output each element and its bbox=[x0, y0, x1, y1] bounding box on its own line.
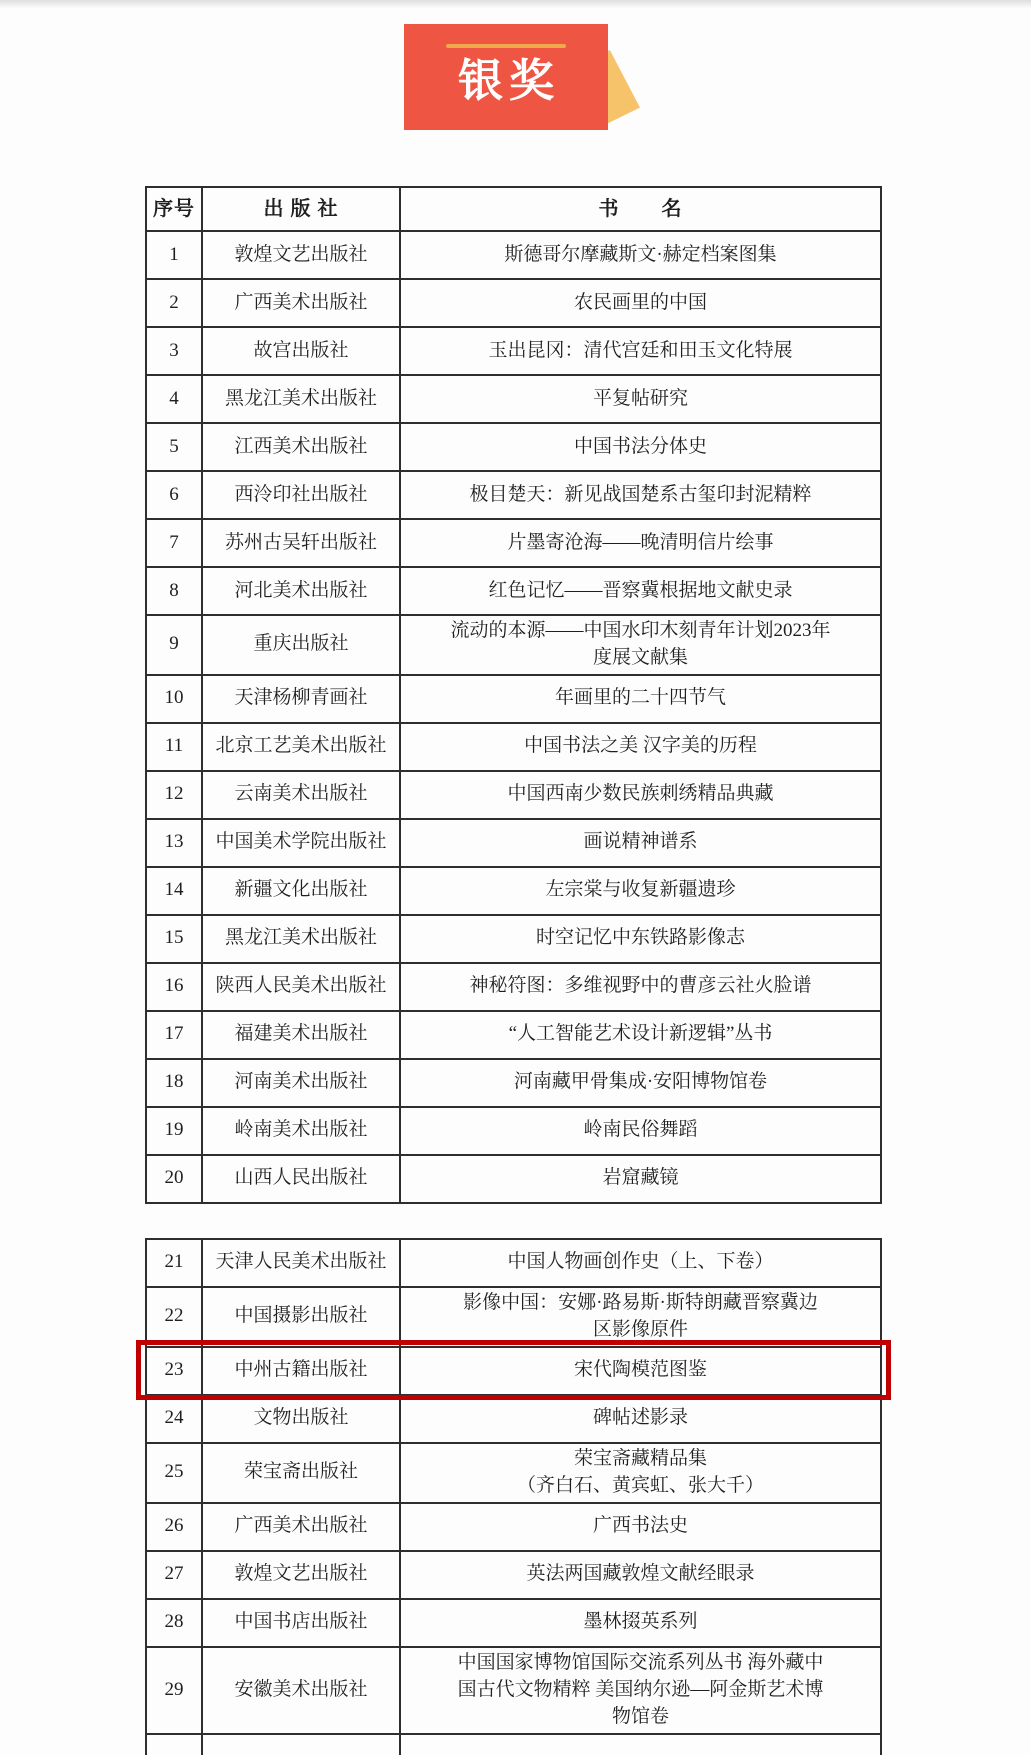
cell-publisher: 天津人民美术出版社 bbox=[202, 1239, 400, 1287]
table-row: 20 山西人民出版社 岩窟藏镜 bbox=[146, 1155, 881, 1203]
table-row bbox=[146, 1734, 881, 1755]
table-gap bbox=[145, 1204, 882, 1238]
table-row: 9 重庆出版社 流动的本源——中国水印木刻青年计划2023年 度展文献集 bbox=[146, 615, 881, 675]
cell-index: 11 bbox=[146, 723, 202, 771]
cell-book-title: 广西书法史 bbox=[400, 1503, 881, 1551]
table-row: 24 文物出版社 碑帖述影录 bbox=[146, 1395, 881, 1443]
table-row: 6 西泠印社出版社 极目楚天：新见战国楚系古玺印封泥精粹 bbox=[146, 471, 881, 519]
table-row: 7 苏州古吴轩出版社 片墨寄沧海——晚清明信片绘事 bbox=[146, 519, 881, 567]
badge-underline bbox=[446, 44, 566, 48]
cell-index: 16 bbox=[146, 963, 202, 1011]
table-row: 12 云南美术出版社 中国西南少数民族刺绣精品典藏 bbox=[146, 771, 881, 819]
page-top-edge bbox=[0, 0, 1031, 8]
table-row: 29 安徽美术出版社 中国国家博物馆国际交流系列丛书 海外藏中 国古代文物精粹 … bbox=[146, 1647, 881, 1734]
table-row: 10 天津杨柳青画社 年画里的二十四节气 bbox=[146, 675, 881, 723]
cell-index: 23 bbox=[146, 1347, 202, 1395]
header-publisher: 出 版 社 bbox=[202, 187, 400, 231]
cell-publisher: 山西人民出版社 bbox=[202, 1155, 400, 1203]
cell-publisher: 中州古籍出版社 bbox=[202, 1347, 400, 1395]
cell-index: 9 bbox=[146, 615, 202, 675]
cell-book-title bbox=[400, 1734, 881, 1755]
cell-index: 13 bbox=[146, 819, 202, 867]
cell-publisher: 陕西人民美术出版社 bbox=[202, 963, 400, 1011]
cell-publisher: 敦煌文艺出版社 bbox=[202, 1551, 400, 1599]
cell-book-title: 流动的本源——中国水印木刻青年计划2023年 度展文献集 bbox=[400, 615, 881, 675]
cell-book-title: 英法两国藏敦煌文献经眼录 bbox=[400, 1551, 881, 1599]
cell-book-title: 农民画里的中国 bbox=[400, 279, 881, 327]
table-row: 2 广西美术出版社 农民画里的中国 bbox=[146, 279, 881, 327]
award-list: 序号 出 版 社 书 名 1 敦煌文艺出版社 斯德哥尔摩藏斯文·赫定档案图集 2… bbox=[145, 186, 882, 1755]
cell-index: 24 bbox=[146, 1395, 202, 1443]
cell-book-title: 宋代陶模范图鉴 bbox=[400, 1347, 881, 1395]
cell-index: 12 bbox=[146, 771, 202, 819]
table-row: 1 敦煌文艺出版社 斯德哥尔摩藏斯文·赫定档案图集 bbox=[146, 231, 881, 279]
cell-publisher: 新疆文化出版社 bbox=[202, 867, 400, 915]
cell-index: 29 bbox=[146, 1647, 202, 1734]
cell-book-title: 中国西南少数民族刺绣精品典藏 bbox=[400, 771, 881, 819]
cell-index bbox=[146, 1734, 202, 1755]
cell-book-title: “人工智能艺术设计新逻辑”丛书 bbox=[400, 1011, 881, 1059]
cell-index: 20 bbox=[146, 1155, 202, 1203]
table-row: 16 陕西人民美术出版社 神秘符图：多维视野中的曹彦云社火脸谱 bbox=[146, 963, 881, 1011]
cell-index: 14 bbox=[146, 867, 202, 915]
table-row: 23 中州古籍出版社 宋代陶模范图鉴 bbox=[146, 1347, 881, 1395]
cell-book-title: 岭南民俗舞蹈 bbox=[400, 1107, 881, 1155]
table-header-row: 序号 出 版 社 书 名 bbox=[146, 187, 881, 231]
cell-publisher: 中国摄影出版社 bbox=[202, 1287, 400, 1347]
cell-index: 3 bbox=[146, 327, 202, 375]
cell-book-title: 红色记忆——晋察冀根据地文献史录 bbox=[400, 567, 881, 615]
table-row: 15 黑龙江美术出版社 时空记忆中东铁路影像志 bbox=[146, 915, 881, 963]
cell-publisher: 敦煌文艺出版社 bbox=[202, 231, 400, 279]
cell-publisher: 黑龙江美术出版社 bbox=[202, 915, 400, 963]
cell-index: 7 bbox=[146, 519, 202, 567]
silver-award-table-2: 21 天津人民美术出版社 中国人物画创作史（上、下卷） 22 中国摄影出版社 影… bbox=[145, 1238, 882, 1755]
table-row: 5 江西美术出版社 中国书法分体史 bbox=[146, 423, 881, 471]
table-row: 28 中国书店出版社 墨林掇英系列 bbox=[146, 1599, 881, 1647]
cell-index: 25 bbox=[146, 1443, 202, 1503]
table-row: 26 广西美术出版社 广西书法史 bbox=[146, 1503, 881, 1551]
cell-publisher: 中国美术学院出版社 bbox=[202, 819, 400, 867]
cell-book-title: 河南藏甲骨集成·安阳博物馆卷 bbox=[400, 1059, 881, 1107]
cell-publisher: 广西美术出版社 bbox=[202, 1503, 400, 1551]
cell-book-title: 年画里的二十四节气 bbox=[400, 675, 881, 723]
cell-publisher: 中国书店出版社 bbox=[202, 1599, 400, 1647]
cell-book-title: 平复帖研究 bbox=[400, 375, 881, 423]
table-row: 19 岭南美术出版社 岭南民俗舞蹈 bbox=[146, 1107, 881, 1155]
cell-book-title: 左宗棠与收复新疆遗珍 bbox=[400, 867, 881, 915]
cell-index: 28 bbox=[146, 1599, 202, 1647]
cell-publisher: 江西美术出版社 bbox=[202, 423, 400, 471]
cell-publisher: 重庆出版社 bbox=[202, 615, 400, 675]
cell-book-title: 画说精神谱系 bbox=[400, 819, 881, 867]
table-row: 25 荣宝斋出版社 荣宝斋藏精品集 （齐白石、黄宾虹、张大千） bbox=[146, 1443, 881, 1503]
table-row: 14 新疆文化出版社 左宗棠与收复新疆遗珍 bbox=[146, 867, 881, 915]
badge-label: 银奖 bbox=[452, 56, 560, 106]
cell-publisher: 文物出版社 bbox=[202, 1395, 400, 1443]
cell-index: 5 bbox=[146, 423, 202, 471]
cell-publisher: 岭南美术出版社 bbox=[202, 1107, 400, 1155]
cell-book-title: 中国书法之美 汉字美的历程 bbox=[400, 723, 881, 771]
table-row: 3 故宫出版社 玉出昆冈：清代宫廷和田玉文化特展 bbox=[146, 327, 881, 375]
table-row: 17 福建美术出版社 “人工智能艺术设计新逻辑”丛书 bbox=[146, 1011, 881, 1059]
cell-index: 18 bbox=[146, 1059, 202, 1107]
silver-award-table-1: 序号 出 版 社 书 名 1 敦煌文艺出版社 斯德哥尔摩藏斯文·赫定档案图集 2… bbox=[145, 186, 882, 1204]
cell-book-title: 荣宝斋藏精品集 （齐白石、黄宾虹、张大千） bbox=[400, 1443, 881, 1503]
award-badge: 银奖 bbox=[404, 24, 608, 130]
cell-index: 1 bbox=[146, 231, 202, 279]
cell-book-title: 岩窟藏镜 bbox=[400, 1155, 881, 1203]
cell-index: 15 bbox=[146, 915, 202, 963]
badge-card: 银奖 bbox=[404, 24, 608, 130]
cell-publisher: 苏州古吴轩出版社 bbox=[202, 519, 400, 567]
cell-index: 10 bbox=[146, 675, 202, 723]
cell-book-title: 片墨寄沧海——晚清明信片绘事 bbox=[400, 519, 881, 567]
cell-publisher: 河南美术出版社 bbox=[202, 1059, 400, 1107]
cell-publisher: 河北美术出版社 bbox=[202, 567, 400, 615]
cell-index: 22 bbox=[146, 1287, 202, 1347]
table-row: 8 河北美术出版社 红色记忆——晋察冀根据地文献史录 bbox=[146, 567, 881, 615]
cell-publisher: 安徽美术出版社 bbox=[202, 1647, 400, 1734]
cell-book-title: 中国人物画创作史（上、下卷） bbox=[400, 1239, 881, 1287]
cell-book-title: 墨林掇英系列 bbox=[400, 1599, 881, 1647]
table-row: 4 黑龙江美术出版社 平复帖研究 bbox=[146, 375, 881, 423]
cell-book-title: 时空记忆中东铁路影像志 bbox=[400, 915, 881, 963]
table-row: 18 河南美术出版社 河南藏甲骨集成·安阳博物馆卷 bbox=[146, 1059, 881, 1107]
cell-publisher: 云南美术出版社 bbox=[202, 771, 400, 819]
cell-index: 27 bbox=[146, 1551, 202, 1599]
cell-index: 21 bbox=[146, 1239, 202, 1287]
header-index: 序号 bbox=[146, 187, 202, 231]
cell-book-title: 神秘符图：多维视野中的曹彦云社火脸谱 bbox=[400, 963, 881, 1011]
table-row: 21 天津人民美术出版社 中国人物画创作史（上、下卷） bbox=[146, 1239, 881, 1287]
cell-index: 6 bbox=[146, 471, 202, 519]
cell-book-title: 中国国家博物馆国际交流系列丛书 海外藏中 国古代文物精粹 美国纳尔逊—阿金斯艺术… bbox=[400, 1647, 881, 1734]
cell-publisher: 黑龙江美术出版社 bbox=[202, 375, 400, 423]
cell-publisher: 荣宝斋出版社 bbox=[202, 1443, 400, 1503]
header-book-title: 书 名 bbox=[400, 187, 881, 231]
cell-publisher: 西泠印社出版社 bbox=[202, 471, 400, 519]
cell-book-title: 极目楚天：新见战国楚系古玺印封泥精粹 bbox=[400, 471, 881, 519]
cell-publisher: 广西美术出版社 bbox=[202, 279, 400, 327]
table-row: 22 中国摄影出版社 影像中国：安娜·路易斯·斯特朗藏晋察冀边 区影像原件 bbox=[146, 1287, 881, 1347]
cell-book-title: 玉出昆冈：清代宫廷和田玉文化特展 bbox=[400, 327, 881, 375]
silver-award-table-2-wrap: 21 天津人民美术出版社 中国人物画创作史（上、下卷） 22 中国摄影出版社 影… bbox=[145, 1238, 882, 1755]
cell-publisher: 天津杨柳青画社 bbox=[202, 675, 400, 723]
table-row: 11 北京工艺美术出版社 中国书法之美 汉字美的历程 bbox=[146, 723, 881, 771]
cell-book-title: 中国书法分体史 bbox=[400, 423, 881, 471]
table-row: 27 敦煌文艺出版社 英法两国藏敦煌文献经眼录 bbox=[146, 1551, 881, 1599]
cell-index: 2 bbox=[146, 279, 202, 327]
cell-index: 19 bbox=[146, 1107, 202, 1155]
cell-publisher: 北京工艺美术出版社 bbox=[202, 723, 400, 771]
cell-publisher bbox=[202, 1734, 400, 1755]
cell-index: 8 bbox=[146, 567, 202, 615]
cell-index: 4 bbox=[146, 375, 202, 423]
cell-publisher: 福建美术出版社 bbox=[202, 1011, 400, 1059]
cell-book-title: 碑帖述影录 bbox=[400, 1395, 881, 1443]
table-row: 13 中国美术学院出版社 画说精神谱系 bbox=[146, 819, 881, 867]
cell-publisher: 故宫出版社 bbox=[202, 327, 400, 375]
cell-index: 26 bbox=[146, 1503, 202, 1551]
cell-index: 17 bbox=[146, 1011, 202, 1059]
cell-book-title: 斯德哥尔摩藏斯文·赫定档案图集 bbox=[400, 231, 881, 279]
cell-book-title: 影像中国：安娜·路易斯·斯特朗藏晋察冀边 区影像原件 bbox=[400, 1287, 881, 1347]
